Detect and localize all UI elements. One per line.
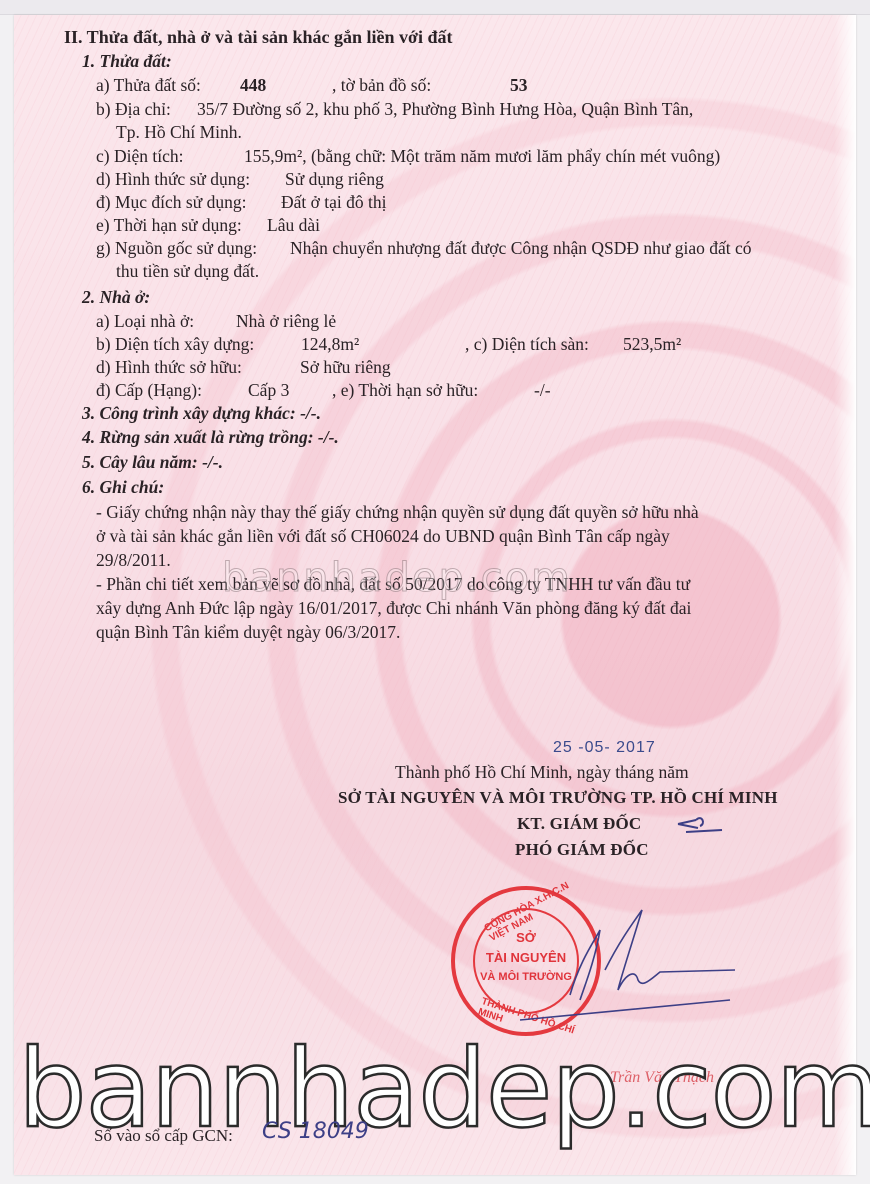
note1-line2: ở và tài sản khác gắn liền với đất số CH… xyxy=(96,526,670,546)
ownership-value: Sở hữu riêng xyxy=(300,357,391,377)
agency-name: SỞ TÀI NGUYÊN VÀ MÔI TRƯỜNG TP. HỒ CHÍ M… xyxy=(338,788,778,808)
place-date: Thành phố Hồ Chí Minh, ngày tháng năm xyxy=(395,762,689,782)
purpose-label: đ) Mục đích sử dụng: xyxy=(96,192,246,212)
role-deputy: KT. GIÁM ĐỐC xyxy=(517,814,641,834)
address-label: b) Địa chỉ: xyxy=(96,99,171,119)
term-value: Lâu dài xyxy=(267,215,320,235)
stamped-date: 25 -05- 2017 xyxy=(553,738,656,758)
forest: 4. Rừng sản xuất là rừng trồng: -/-. xyxy=(82,427,339,447)
initial-mark-icon xyxy=(676,812,726,836)
map-sheet-number: 53 xyxy=(510,75,528,95)
use-form-value: Sử dụng riêng xyxy=(285,169,384,189)
purpose-value: Đất ở tại đô thị xyxy=(281,192,387,212)
own-term-label: , e) Thời hạn sở hữu: xyxy=(332,380,478,400)
use-form-label: d) Hình thức sử dụng: xyxy=(96,169,250,189)
note2-line3: quận Bình Tân kiểm duyệt ngày 06/3/2017. xyxy=(96,622,400,642)
faint-watermark: bannhadep.com xyxy=(222,556,572,600)
ownership-label: d) Hình thức sở hữu: xyxy=(96,357,242,377)
term-label: e) Thời hạn sử dụng: xyxy=(96,215,242,235)
parcel-number: 448 xyxy=(240,75,266,95)
note2-line2: xây dựng Anh Đức lập ngày 16/01/2017, đư… xyxy=(96,598,691,618)
signature-icon xyxy=(500,900,740,1030)
floor-area-value: 523,5m² xyxy=(623,334,681,354)
role-vice-director: PHÓ GIÁM ĐỐC xyxy=(515,840,649,860)
notes-heading: 6. Ghi chú: xyxy=(82,477,164,497)
window-top-bar xyxy=(0,0,870,15)
perennial: 5. Cây lâu năm: -/-. xyxy=(82,452,223,472)
built-area-value: 124,8m² xyxy=(301,334,359,354)
parcel-label: a) Thửa đất số: xyxy=(96,75,201,95)
own-term-value: -/- xyxy=(534,380,551,400)
area-label: c) Diện tích: xyxy=(96,146,183,166)
registry-label: Số vào sổ cấp GCN: xyxy=(94,1126,233,1146)
house-type-value: Nhà ở riêng lẻ xyxy=(236,311,336,331)
floor-area-label: , c) Diện tích sàn: xyxy=(465,334,589,354)
address-line1: 35/7 Đường số 2, khu phố 3, Phường Bình … xyxy=(197,99,693,119)
area-value: 155,9m², (bằng chữ: Một trăm năm mươi lă… xyxy=(244,146,720,166)
grade-value: Cấp 3 xyxy=(248,380,289,400)
registry-number: CS 18049 xyxy=(262,1122,369,1142)
other-works: 3. Công trình xây dựng khác: -/-. xyxy=(82,403,321,423)
house-type-label: a) Loại nhà ở: xyxy=(96,311,194,331)
land-heading: 1. Thửa đất: xyxy=(82,51,172,71)
origin-line1: Nhận chuyển nhượng đất được Công nhận QS… xyxy=(290,238,752,258)
origin-line2: thu tiền sử dụng đất. xyxy=(116,261,259,281)
grade-label: đ) Cấp (Hạng): xyxy=(96,380,202,400)
note1-line1: - Giấy chứng nhận này thay thế giấy chứn… xyxy=(96,502,699,522)
map-sheet-label: , tờ bản đồ số: xyxy=(332,75,431,95)
built-area-label: b) Diện tích xây dựng: xyxy=(96,334,254,354)
house-heading: 2. Nhà ở: xyxy=(82,287,150,307)
address-line2: Tp. Hồ Chí Minh. xyxy=(116,122,242,142)
section-title: II. Thửa đất, nhà ở và tài sản khác gắn … xyxy=(64,27,453,47)
origin-label: g) Nguồn gốc sử dụng: xyxy=(96,238,257,258)
note1-line3: 29/8/2011. xyxy=(96,550,171,570)
